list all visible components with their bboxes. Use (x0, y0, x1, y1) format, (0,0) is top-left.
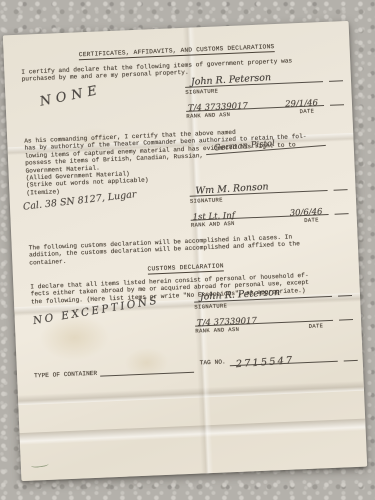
photo-of-document: CERTIFICATES, AFFIDAVITS, AND CUSTOMS DE… (0, 0, 375, 500)
container-blank-line (100, 371, 194, 377)
signature-block-officer: Wm M. Ronson SIGNATURE 1st Lt. Inf 30/6/… (189, 180, 349, 229)
tag-no-line: 2715547 (230, 356, 338, 367)
rank-asn-label: RANK AND ASN (191, 220, 235, 229)
typed-form: CERTIFICATES, AFFIDAVITS, AND CUSTOMS DE… (3, 21, 367, 481)
rank-asn-label: RANK AND ASN (186, 111, 230, 120)
rank-asn-label: RANK AND ASN (195, 326, 239, 335)
signature-block-declaration: John R. Peterson SIGNATURE T/4 37339017 … (194, 286, 354, 335)
date-label: DATE (304, 217, 319, 225)
type-of-container-label: TYPE OF CONTAINER (34, 370, 97, 380)
tag-no-label: TAG NO. (200, 358, 226, 366)
signature-block-soldier: John R. Peterson SIGNATURE T/4 37339017 … (185, 71, 345, 120)
tag-line-short (344, 359, 358, 362)
date-label: DATE (308, 323, 323, 331)
pencil-scribble (31, 460, 50, 468)
date-label: DATE (299, 108, 314, 116)
tag-number-field: TAG NO. 2715547 (200, 353, 358, 368)
document-title: CERTIFICATES, AFFIDAVITS, AND CUSTOMS DE… (4, 40, 350, 62)
paper-sheet: CERTIFICATES, AFFIDAVITS, AND CUSTOMS DE… (3, 21, 367, 481)
type-of-container-field: TYPE OF CONTAINER (34, 366, 194, 380)
handwritten-none: NONE (39, 86, 102, 106)
handwritten-tag-number: 2715547 (230, 354, 338, 369)
